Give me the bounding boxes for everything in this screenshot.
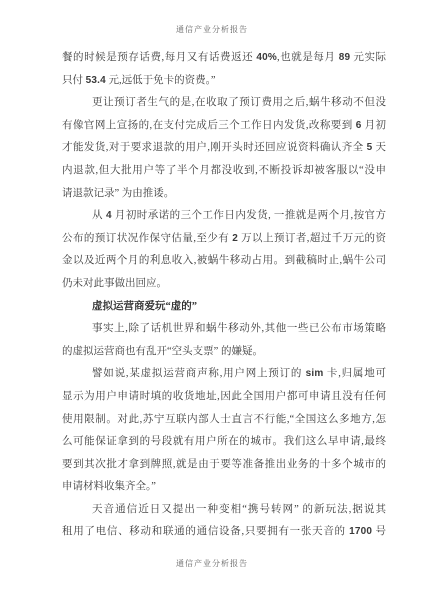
- text-line: 请退款记录” 为由推诿。: [62, 183, 386, 206]
- text-line: 申请材料收集齐全。”: [62, 476, 386, 499]
- page-header-text: 通信产业分析报告: [0, 24, 424, 36]
- paragraph: 譬如说,某虚拟运营商声称,用户网上预订的 sim 卡,归属地可显示为用户申请时填…: [62, 363, 386, 499]
- page-footer-text: 通信产业分析报告: [0, 558, 424, 570]
- paragraph: 事实上,除了话机世界和蜗牛移动外,其他一些已公布市场策略的虚拟运营商也有乱开“空…: [62, 318, 386, 363]
- text-line: 的虚拟运营商也有乱开“空头支票” 的嫌疑。: [62, 341, 386, 364]
- text-line: 公布的预订状况作保守估量,至少有 2 万以上预订者,超过千万元的资: [62, 228, 386, 251]
- paragraph: 餐的时候是预存话费,每月又有话费返还 40%,也就是每月 89 元实际只付 53…: [62, 47, 386, 92]
- document-page: 通信产业分析报告 餐的时候是预存话费,每月又有话费返还 40%,也就是每月 89…: [0, 0, 424, 600]
- text-line: 譬如说,某虚拟运营商声称,用户网上预订的 sim 卡,归属地可: [62, 363, 386, 386]
- paragraph: 天音通信近日又提出一种变相“携号转网” 的新玩法,据说其租用了电信、移动和联通的…: [62, 499, 386, 544]
- text-line: 要到其次批才拿到牌照,就是由于要等准备推出业务的十多个城市的: [62, 454, 386, 477]
- document-body: 餐的时候是预存话费,每月又有话费返还 40%,也就是每月 89 元实际只付 53…: [62, 47, 386, 544]
- text-line: 内退款,但大批用户等了半个月都没收到,不断投诉却被客服以“没申: [62, 160, 386, 183]
- text-line: 金以及近两个月的利息收入,被蜗牛移动占用。到截稿时止,蜗牛公司: [62, 250, 386, 273]
- text-line: 事实上,除了话机世界和蜗牛移动外,其他一些已公布市场策略: [62, 318, 386, 341]
- text-line: 虚拟运营商爱玩“虚的”: [62, 296, 386, 319]
- text-line: 租用了电信、移动和联通的通信设备,只要拥有一张天音的 1700 号: [62, 521, 386, 544]
- text-line: 更让预订者生气的是,在收取了预订费用之后,蜗牛移动不但没: [62, 92, 386, 115]
- text-line: 仍未对此事做出回应。: [62, 273, 386, 296]
- text-line: 使用限制。对此,苏宁互联内部人士直言不行能,“全国这么多地方,怎: [62, 409, 386, 432]
- text-line: 餐的时候是预存话费,每月又有话费返还 40%,也就是每月 89 元实际: [62, 47, 386, 70]
- section-heading: 虚拟运营商爱玩“虚的”: [62, 296, 386, 319]
- text-line: 有像官网上宣扬的,在支付完成后三个工作日内发货,改称要到 6 月初: [62, 115, 386, 138]
- text-line: 才能发货,对于要求退款的用户,刚开头时还回应说资料确认齐全 5 天: [62, 137, 386, 160]
- text-line: 么可能保证拿到的号段就有用户所在的城市。我们这么早申请,最终: [62, 431, 386, 454]
- text-line: 只付 53.4 元,远低于免卡的资费。”: [62, 70, 386, 93]
- text-line: 天音通信近日又提出一种变相“携号转网” 的新玩法,据说其: [62, 499, 386, 522]
- text-line: 从 4 月初时承诺的三个工作日内发货, 一推就是两个月,按官方: [62, 205, 386, 228]
- paragraph: 从 4 月初时承诺的三个工作日内发货, 一推就是两个月,按官方公布的预订状况作保…: [62, 205, 386, 295]
- text-line: 显示为用户申请时填的收货地址,因此全国用户都可申请且没有任何: [62, 386, 386, 409]
- paragraph: 更让预订者生气的是,在收取了预订费用之后,蜗牛移动不但没有像官网上宣扬的,在支付…: [62, 92, 386, 205]
